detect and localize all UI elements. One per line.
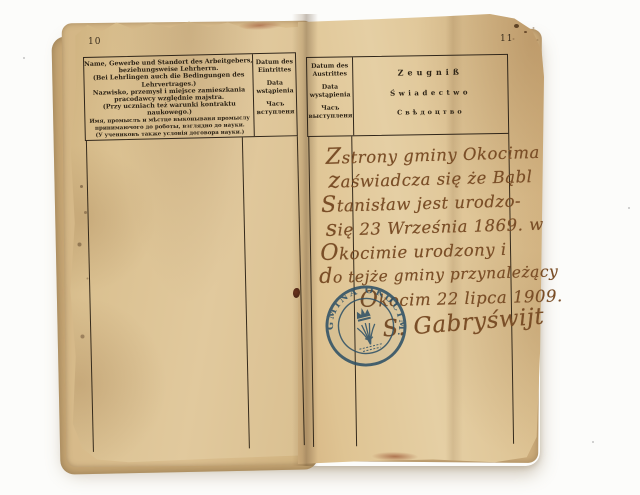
page-number-right: 11: [500, 34, 513, 44]
dust-speck: [23, 57, 25, 59]
edge-specks: [80, 185, 83, 188]
left-page: [68, 18, 310, 464]
dust-speck: [628, 207, 630, 209]
paper-stain: [372, 452, 418, 462]
corner-stain-spots: [514, 24, 519, 28]
book-gutter: [292, 14, 318, 466]
paper-stain: [238, 20, 282, 31]
page-number-left: 10: [88, 37, 101, 47]
dust-speck: [592, 441, 594, 443]
photo-background: 10 11 Name, Gewerbe und Standort des Arb…: [0, 0, 640, 495]
